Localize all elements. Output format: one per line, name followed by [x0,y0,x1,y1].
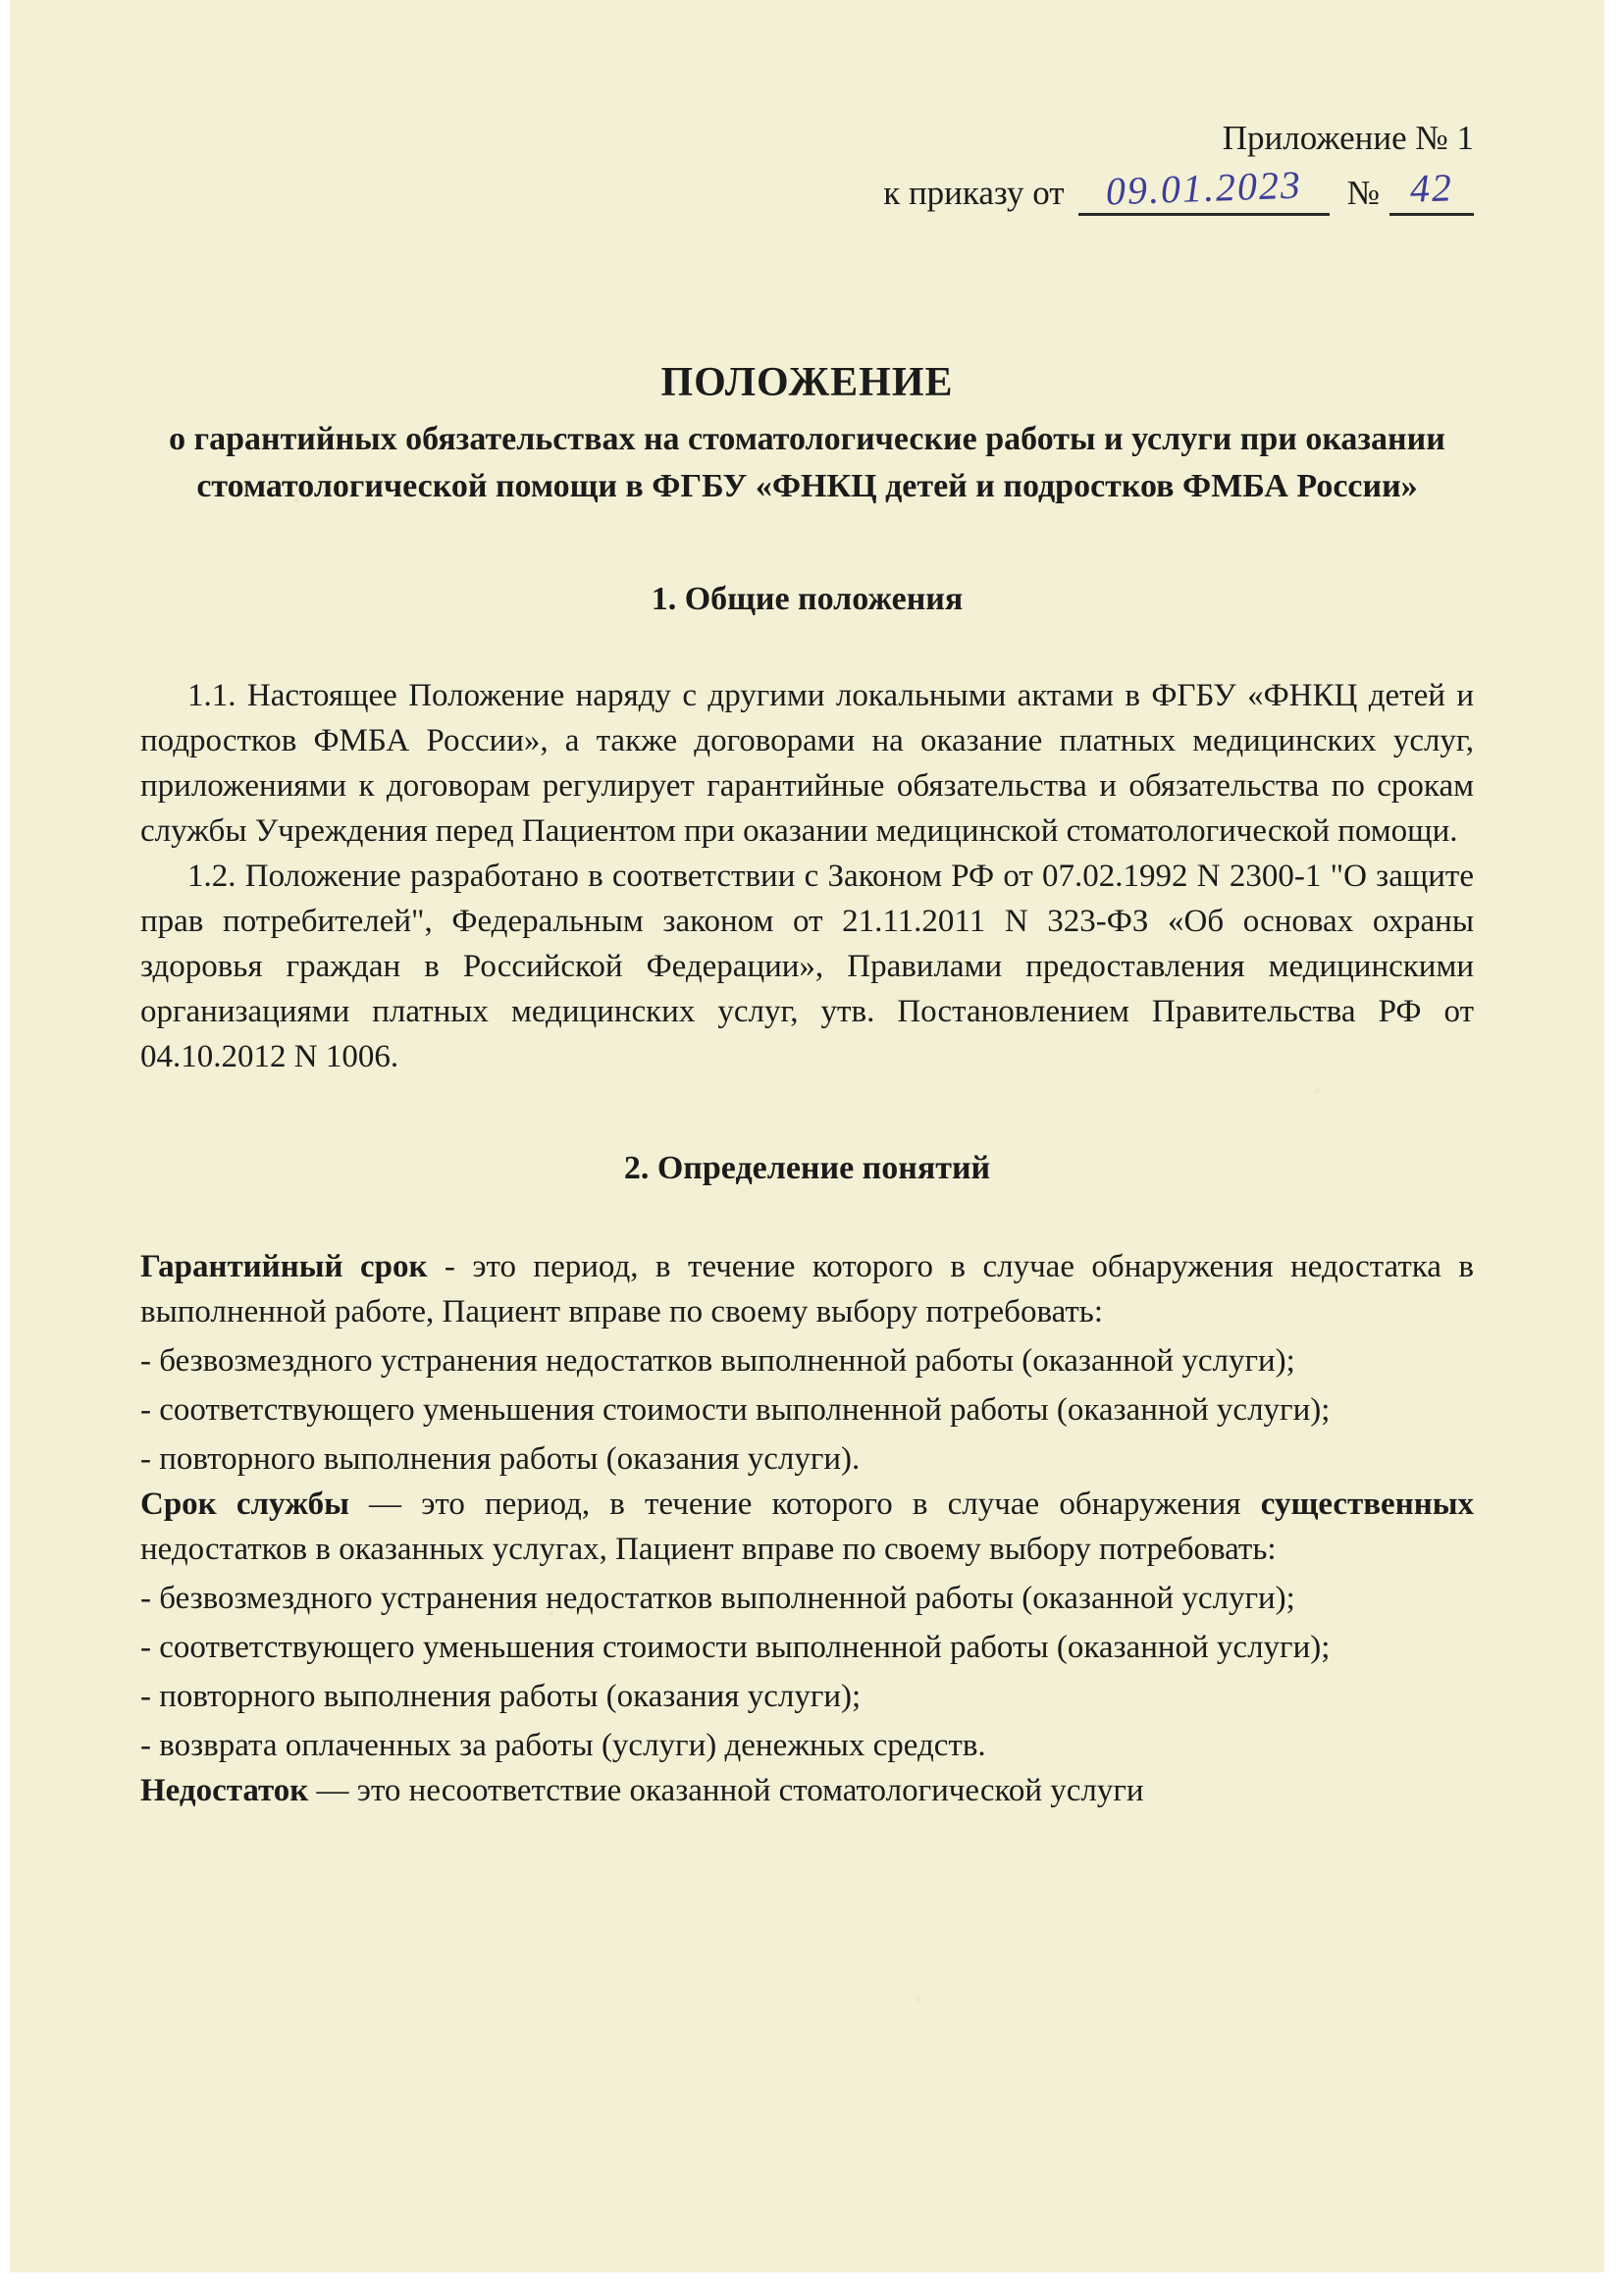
order-prefix-label: к приказу от [883,174,1064,212]
order-number-blank: 42 [1389,172,1474,216]
paragraph-1-2: 1.2. Положение разработано в соответстви… [140,854,1474,1079]
document-paper: Приложение № 1 к приказу от09.01.2023№42… [10,0,1604,2272]
service-option-4: - возврата оплаченных за работы (услуги)… [140,1723,1474,1768]
service-life-text-1: — это период, в течение которого в случа… [349,1486,1261,1522]
service-option-2: - соответствующего уменьшения стоимости … [140,1625,1474,1670]
appendix-label: Приложение № 1 [140,116,1474,161]
service-option-1: - безвозмездного устранения недостатков … [140,1576,1474,1621]
order-reference-line: к приказу от09.01.2023№42 [140,171,1474,216]
section-2-heading: 2. Определение понятий [140,1150,1474,1187]
defect-term: Недостаток [140,1773,308,1808]
service-life-emphasis: существенных [1261,1486,1474,1522]
order-date-blank: 09.01.2023 [1078,172,1330,216]
section-1-heading: 1. Общие положения [140,581,1474,618]
number-sign: № [1347,174,1380,212]
service-life-text-2: недостатков в оказанных услугах, Пациент… [140,1532,1277,1567]
service-option-3: - повторного выполнения работы (оказания… [140,1674,1474,1719]
warranty-term: Гарантийный срок [140,1249,427,1284]
handwritten-date: 09.01.2023 [1105,166,1302,212]
document-header: Приложение № 1 к приказу от09.01.2023№42 [140,116,1474,216]
scanned-page: Приложение № 1 к приказу от09.01.2023№42… [0,0,1624,2294]
definition-defect: Недостаток — это несоответствие оказанно… [140,1768,1474,1813]
warranty-option-2: - соответствующего уменьшения стоимости … [140,1387,1474,1433]
document-title: ПОЛОЖЕНИЕ [140,359,1474,406]
service-life-term: Срок службы [140,1486,349,1522]
warranty-option-1: - безвозмездного устранения недостатков … [140,1338,1474,1383]
paragraph-1-1: 1.1. Настоящее Положение наряду с другим… [140,673,1474,854]
document-subtitle: о гарантийных обязательствах на стоматол… [155,416,1460,510]
handwritten-number: 42 [1409,168,1453,209]
warranty-option-3: - повторного выполнения работы (оказания… [140,1436,1474,1482]
defect-definition-text: — это несоответствие оказанной стоматоло… [308,1773,1143,1808]
definition-service-life: Срок службы — это период, в течение кото… [140,1482,1474,1572]
definition-warranty-period: Гарантийный срок - это период, в течение… [140,1244,1474,1334]
